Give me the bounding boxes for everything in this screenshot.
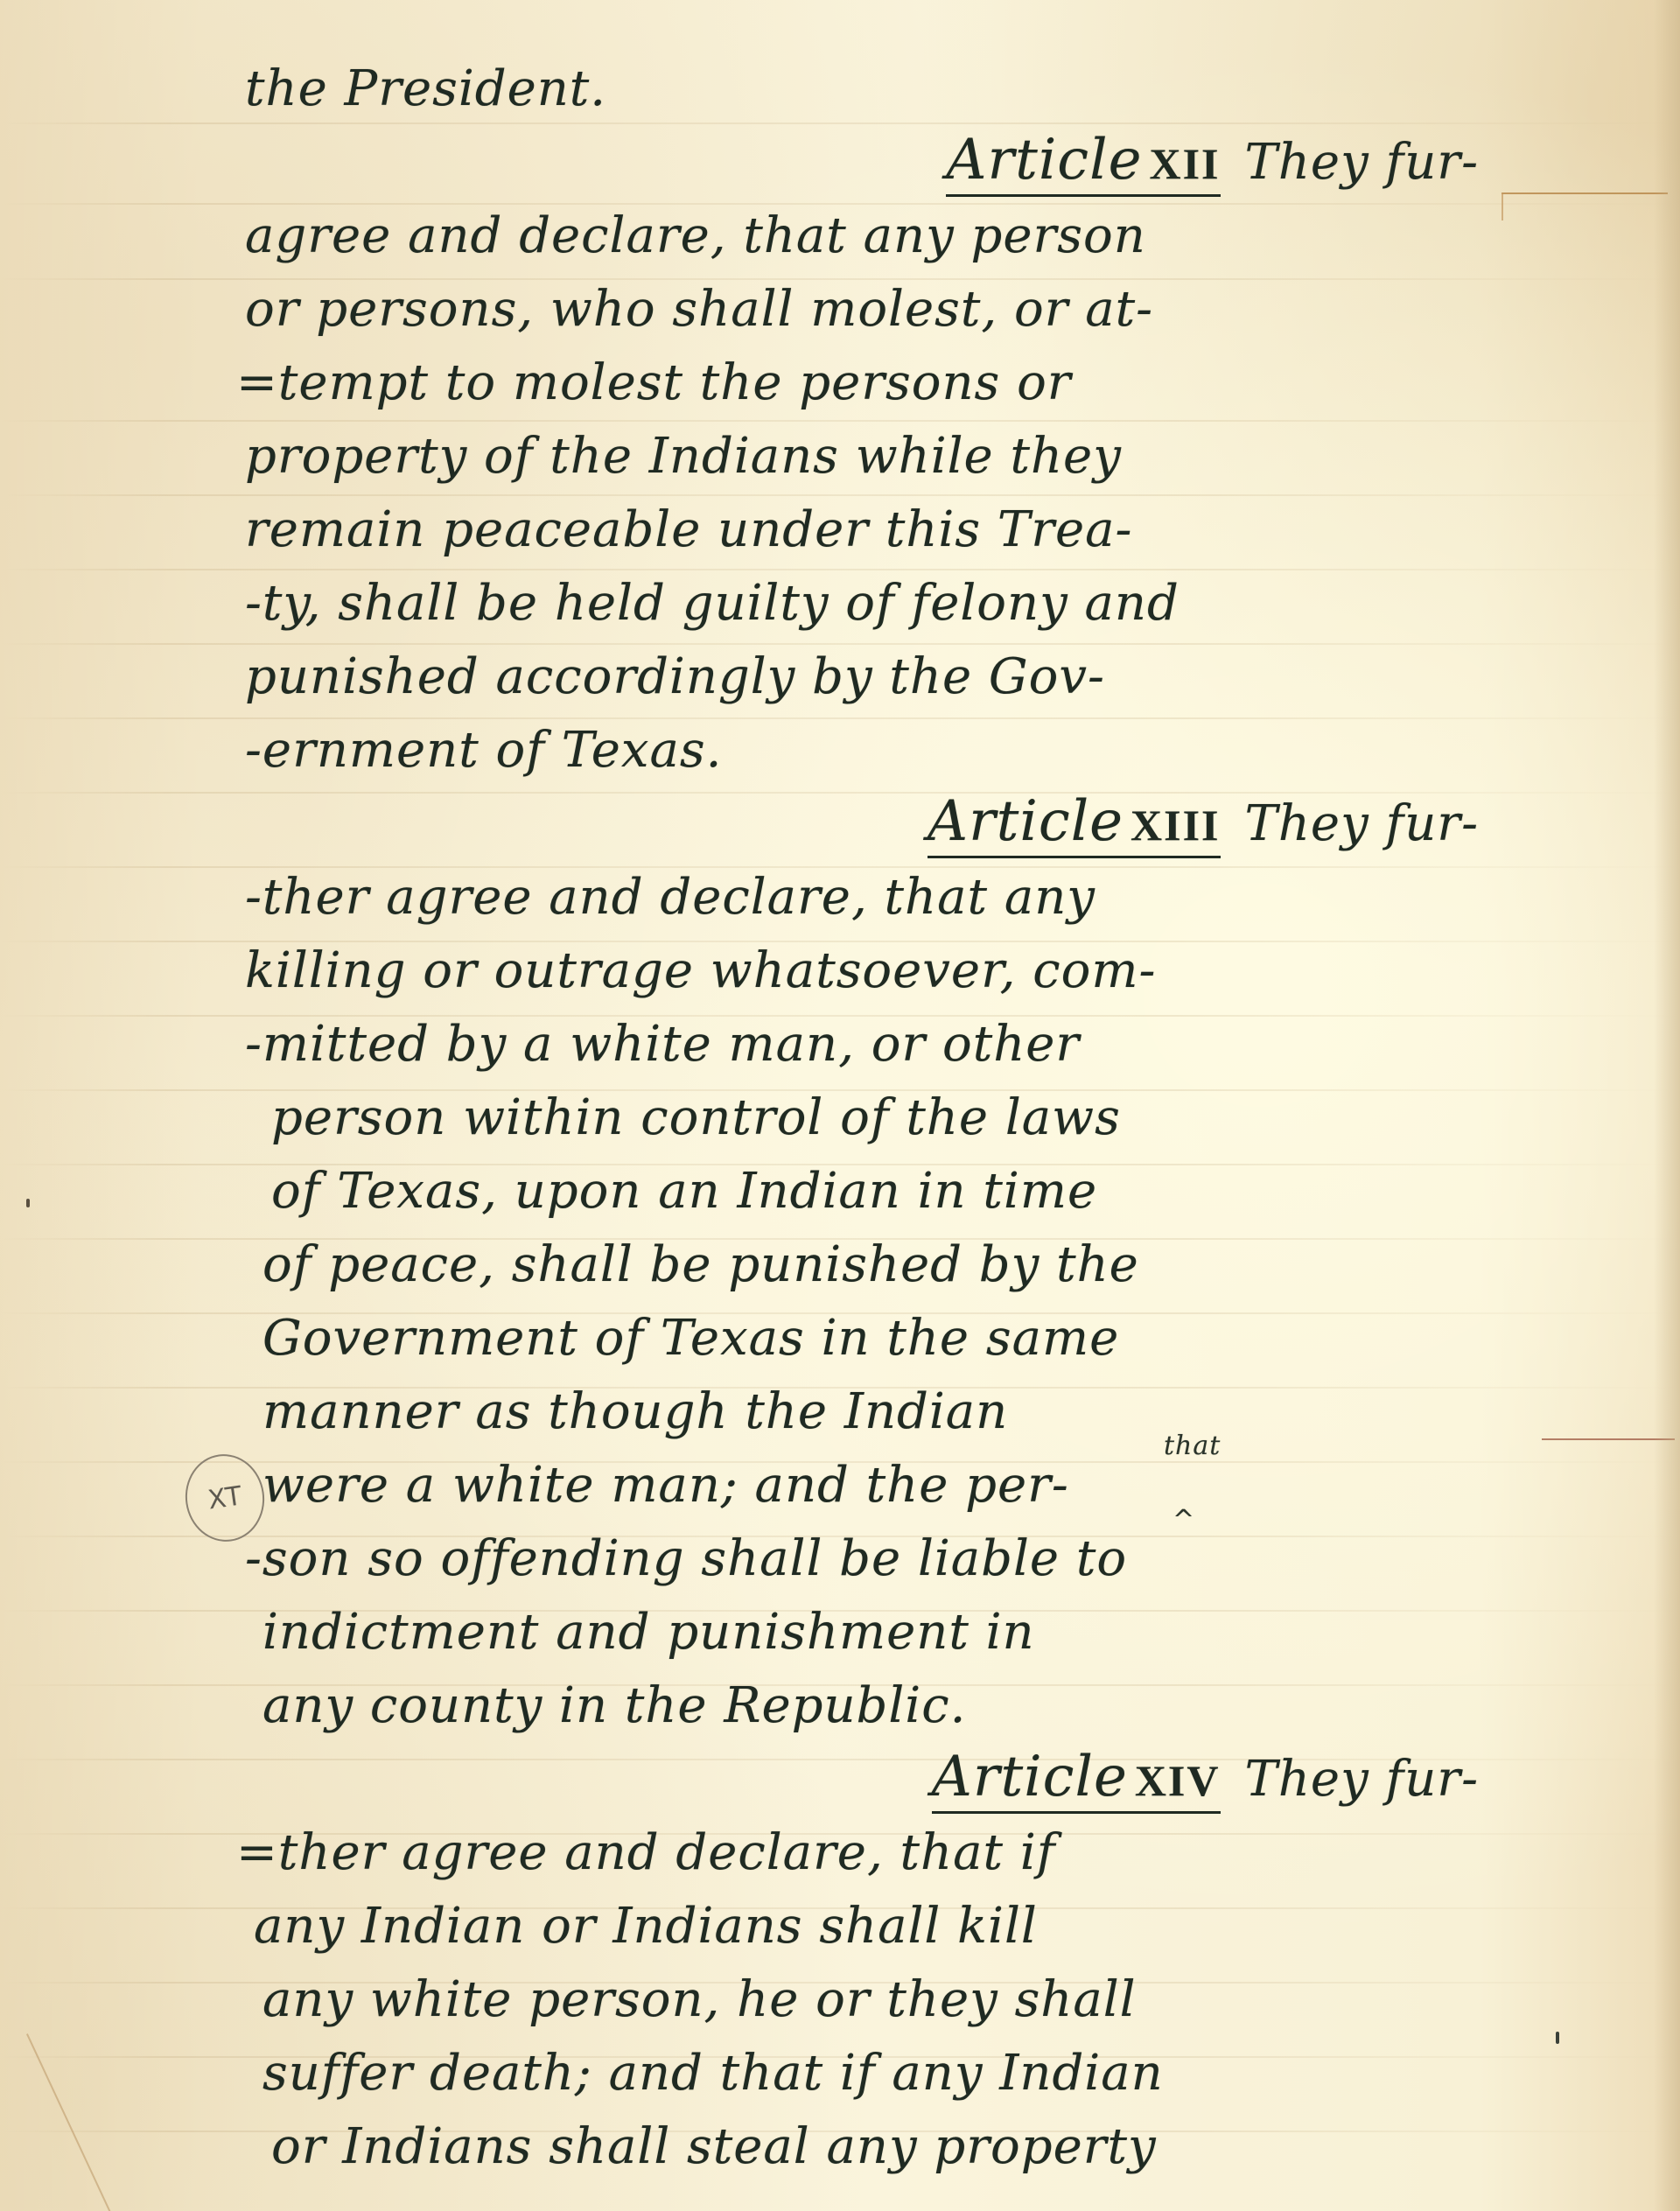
line-text: of peace, shall be punished by the: [262, 1236, 1139, 1293]
text-line: punished accordingly by the Gov-: [245, 640, 1505, 714]
text-line: -ernment of Texas.: [245, 714, 1505, 787]
line-text: manner as though the Indian: [262, 1383, 1008, 1440]
article-xiii-heading-line: ArticleXIII They fur-: [245, 787, 1505, 861]
article-heading: ArticleXIII: [927, 791, 1221, 858]
text-line: of peace, shall be punished by the: [245, 1228, 1505, 1302]
line-text: They fur-: [1245, 134, 1479, 191]
text-line: agree and declare, that any person: [245, 199, 1505, 273]
line-text: =ther agree and declare, that if: [236, 1824, 1055, 1881]
text-line: =ther agree and declare, that if: [236, 1816, 1505, 1890]
line-text: indictment and punishment in: [262, 1604, 1035, 1661]
text-line: the President.: [245, 52, 1505, 126]
article-heading: ArticleXIV: [932, 1746, 1221, 1814]
line-text: killing or outrage whatsoever, com-: [245, 942, 1156, 999]
text-line: -ty, shall be held guilty of felony and: [245, 567, 1505, 640]
line-text: =tempt to molest the persons or: [236, 354, 1072, 411]
line-text: They fur-: [1245, 795, 1479, 852]
article-heading: ArticleXII: [946, 129, 1220, 197]
line-text: remain peaceable under this Trea-: [245, 501, 1132, 558]
text-line: indictment and punishment in: [245, 1596, 1505, 1669]
ink-speck: [1556, 2032, 1559, 2044]
text-line: or Indians shall steal any property: [245, 2110, 1505, 2184]
text-line: suffer death; and that if any Indian: [245, 2037, 1505, 2110]
line-text: -mitted by a white man, or other: [245, 1016, 1080, 1073]
article-numeral: XIV: [1135, 1756, 1221, 1805]
line-text: or persons, who shall molest, or at-: [245, 281, 1153, 338]
ink-speck: [26, 1199, 30, 1207]
text-line: =tempt to molest the persons or: [236, 346, 1505, 420]
line-text: or Indians shall steal any property: [271, 2118, 1157, 2175]
line-text: property of the Indians while they: [245, 428, 1122, 485]
text-line: Government of Texas in the same: [245, 1302, 1505, 1375]
line-text: any Indian or Indians shall kill: [254, 1898, 1038, 1955]
text-line: manner as though the Indian: [245, 1375, 1505, 1449]
line-text: person within control of the laws: [271, 1089, 1121, 1146]
margin-annotation-text: XT: [206, 1480, 244, 1515]
text-line-with-insertion: were a white man; and the per- that ^: [245, 1449, 1505, 1522]
line-text: -son so offending shall be liable to: [245, 1530, 1127, 1587]
line-text: any county in the Republic.: [262, 1677, 966, 1734]
line-text: They fur-: [1245, 1751, 1479, 1808]
article-word: Article: [946, 128, 1142, 192]
article-xii-heading-line: ArticleXII They fur-: [245, 126, 1505, 199]
text-line: any county in the Republic.: [245, 1669, 1505, 1743]
manuscript-page: XT the President. ArticleXII They fur- a…: [0, 0, 1680, 2211]
manuscript-text: the President. ArticleXII They fur- agre…: [245, 52, 1505, 2184]
margin-rule-line: [1501, 192, 1668, 194]
line-text: -ernment of Texas.: [245, 722, 722, 779]
line-text: agree and declare, that any person: [245, 207, 1146, 264]
text-line: any Indian or Indians shall kill: [245, 1890, 1505, 1963]
text-line: -mitted by a white man, or other: [245, 1008, 1505, 1081]
text-line: person within control of the laws: [245, 1081, 1505, 1155]
text-line: property of the Indians while they: [245, 420, 1505, 493]
text-line: or persons, who shall molest, or at-: [245, 273, 1505, 346]
line-text: any white person, he or they shall: [262, 1971, 1137, 2028]
line-text: of Texas, upon an Indian in time: [271, 1163, 1097, 1220]
text-line: of Texas, upon an Indian in time: [245, 1155, 1505, 1228]
article-word: Article: [932, 1745, 1128, 1809]
line-text: -ther agree and declare, that any: [245, 869, 1095, 926]
interlinear-insertion: that: [1164, 1433, 1221, 1459]
line-text: suffer death; and that if any Indian: [262, 2045, 1164, 2102]
text-line: -ther agree and declare, that any: [245, 861, 1505, 934]
paper-crease: [26, 2033, 113, 2211]
text-line: any white person, he or they shall: [245, 1963, 1505, 2037]
line-text: were a white man; and the per-: [262, 1457, 1069, 1514]
article-xiv-heading-line: ArticleXIV They fur-: [245, 1743, 1505, 1816]
article-numeral: XIII: [1130, 801, 1220, 850]
text-line: killing or outrage whatsoever, com-: [245, 934, 1505, 1008]
line-text: the President.: [245, 60, 606, 117]
article-numeral: XII: [1149, 139, 1220, 188]
article-word: Article: [927, 789, 1123, 854]
line-text: -ty, shall be held guilty of felony and: [245, 575, 1179, 632]
text-line: -son so offending shall be liable to: [245, 1522, 1505, 1596]
text-line: remain peaceable under this Trea-: [245, 493, 1505, 567]
page-edge-shadow: [1654, 0, 1680, 2211]
line-text: Government of Texas in the same: [262, 1310, 1119, 1367]
line-text: punished accordingly by the Gov-: [245, 648, 1105, 705]
